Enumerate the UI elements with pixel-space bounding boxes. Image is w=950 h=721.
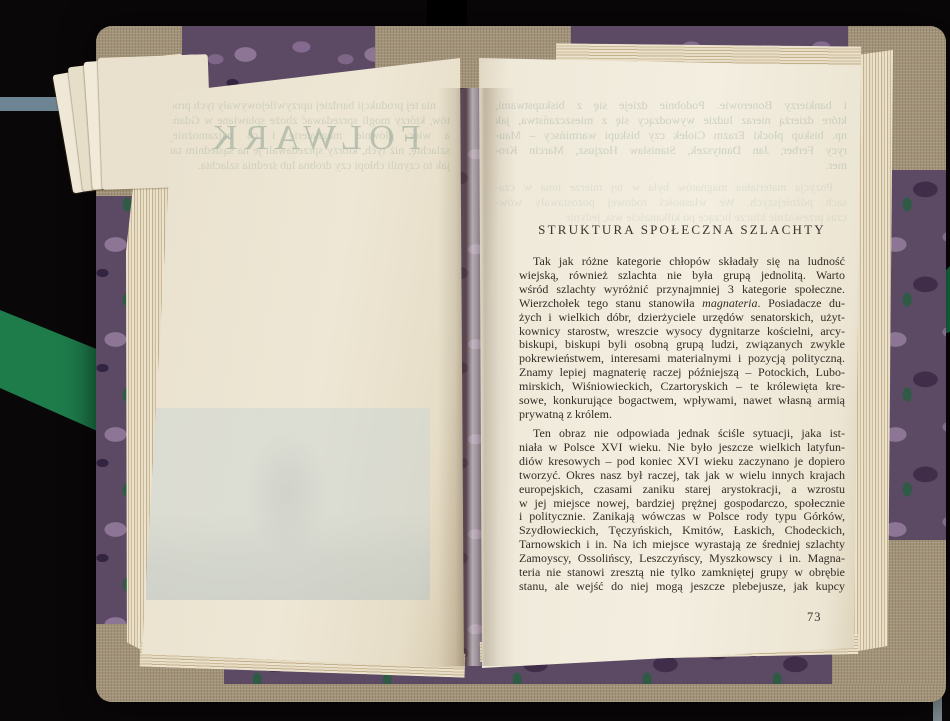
text-line: np. biskup płocki Erazm Ciołek czy bisku… [495, 128, 847, 143]
text-line: nia tej produkcji bardziej uprzywilejowy… [154, 98, 450, 113]
chapter-heading: STRUKTURA SPOŁECZNA SZLACHTY [519, 222, 845, 238]
page-number: 73 [807, 610, 847, 625]
text-line: sowe, konkurujące bogactwem, wpływami, n… [519, 394, 845, 408]
text-line: rycy Ferber, Jan Dantyszek, Stanisław Ho… [495, 143, 847, 158]
text-line: które dzierżą nieraz ludzie wywodzący si… [495, 113, 847, 128]
left-page-image-bleedthrough [146, 408, 430, 600]
text-line: mer. [495, 158, 847, 173]
text-line: pokrewieństwem, interesami materialnymi … [519, 352, 845, 366]
text-line: Znamy lepiej magnaterię raczej późniejsz… [519, 366, 845, 380]
left-page-bleedthrough-chapter-title: FOLWARK [168, 118, 458, 158]
cradle-strap-left [0, 300, 104, 436]
text-line: i bankierzy Bonerowie. Podobnie dzieje s… [495, 98, 847, 113]
right-page-bleedthrough-lower: Pozycja materialna magnatów była w tej m… [495, 180, 847, 225]
text-line: Szydłowieckich, Tęczyńskich, Kmitów, Łas… [519, 524, 845, 538]
text-line: kownicy starostw, wreszcie wysocy dygnit… [519, 325, 845, 339]
body-paragraph-1: Tak jak różne kategorie chłopów składały… [519, 255, 845, 422]
text-line: i politycznie. Zanikają wówczas w Polsce… [519, 510, 845, 524]
text-line: żych i wielkich dóbr, dzierżyciele urzęd… [519, 311, 845, 325]
left-page-blank: nia tej produkcji bardziej uprzywilejowy… [138, 56, 464, 672]
text-line: europejskich, czasami zaniku starej arys… [519, 483, 845, 497]
text-line: Ten obraz nie odpowiada jednak ściśle sy… [519, 427, 845, 441]
text-line: wśród szlachty wyróżnić przynajmniej 3 k… [519, 283, 845, 297]
text-line: tworzyć. Okres nasz był raczej, tak jak … [519, 469, 845, 483]
text-line: Zamoyscy, Ossolińscy, Leszczyńscy, Myszk… [519, 552, 845, 566]
text-line: sach późniejszych. We własności rodowej … [495, 195, 847, 210]
text-line: prywatną z królem. [519, 408, 845, 422]
text-line: jak to czynili chłopi czy drobna lub śre… [154, 158, 450, 173]
body-paragraph-2: Ten obraz nie odpowiada jednak ściśle sy… [519, 427, 845, 594]
text-line: Pozycja materialna magnatów była w tej m… [495, 180, 847, 195]
text-line: Wierzchołek tego stanu stanowiła magnate… [519, 297, 845, 311]
text-line: mirskich, Wiśniowieckich, Czartoryskich … [519, 380, 845, 394]
text-line: Tarnowskich i in. Na ich miejsce wyrasta… [519, 538, 845, 552]
text-line: niała w Polsce XVI wieku. Nie było jeszc… [519, 441, 845, 455]
text-line: biskupi, biskupi byli osobną grupą ludzi… [519, 338, 845, 352]
text-line: teria nie stanowi zresztą nie tylko zamk… [519, 566, 845, 580]
right-page-text: i bankierzy Bonerowie. Podobnie dzieje s… [477, 50, 863, 670]
text-line: w jej miejsce nowej, bardziej prężnej go… [519, 497, 845, 511]
text-line: Tak jak różne kategorie chłopów składały… [519, 255, 845, 269]
cloth-bottom-edge [96, 684, 946, 702]
text-line: stanu, ale wejść do niej mogą jeszcze pl… [519, 580, 845, 594]
text-line: diów kresowych – pod koniec XVI wieku za… [519, 455, 845, 469]
scanned-book-photo: nia tej produkcji bardziej uprzywilejowy… [0, 0, 950, 721]
text-line: wiejską, również szlachta nie była grupą… [519, 269, 845, 283]
right-page-bleedthrough-upper: i bankierzy Bonerowie. Podobnie dzieje s… [495, 98, 847, 173]
